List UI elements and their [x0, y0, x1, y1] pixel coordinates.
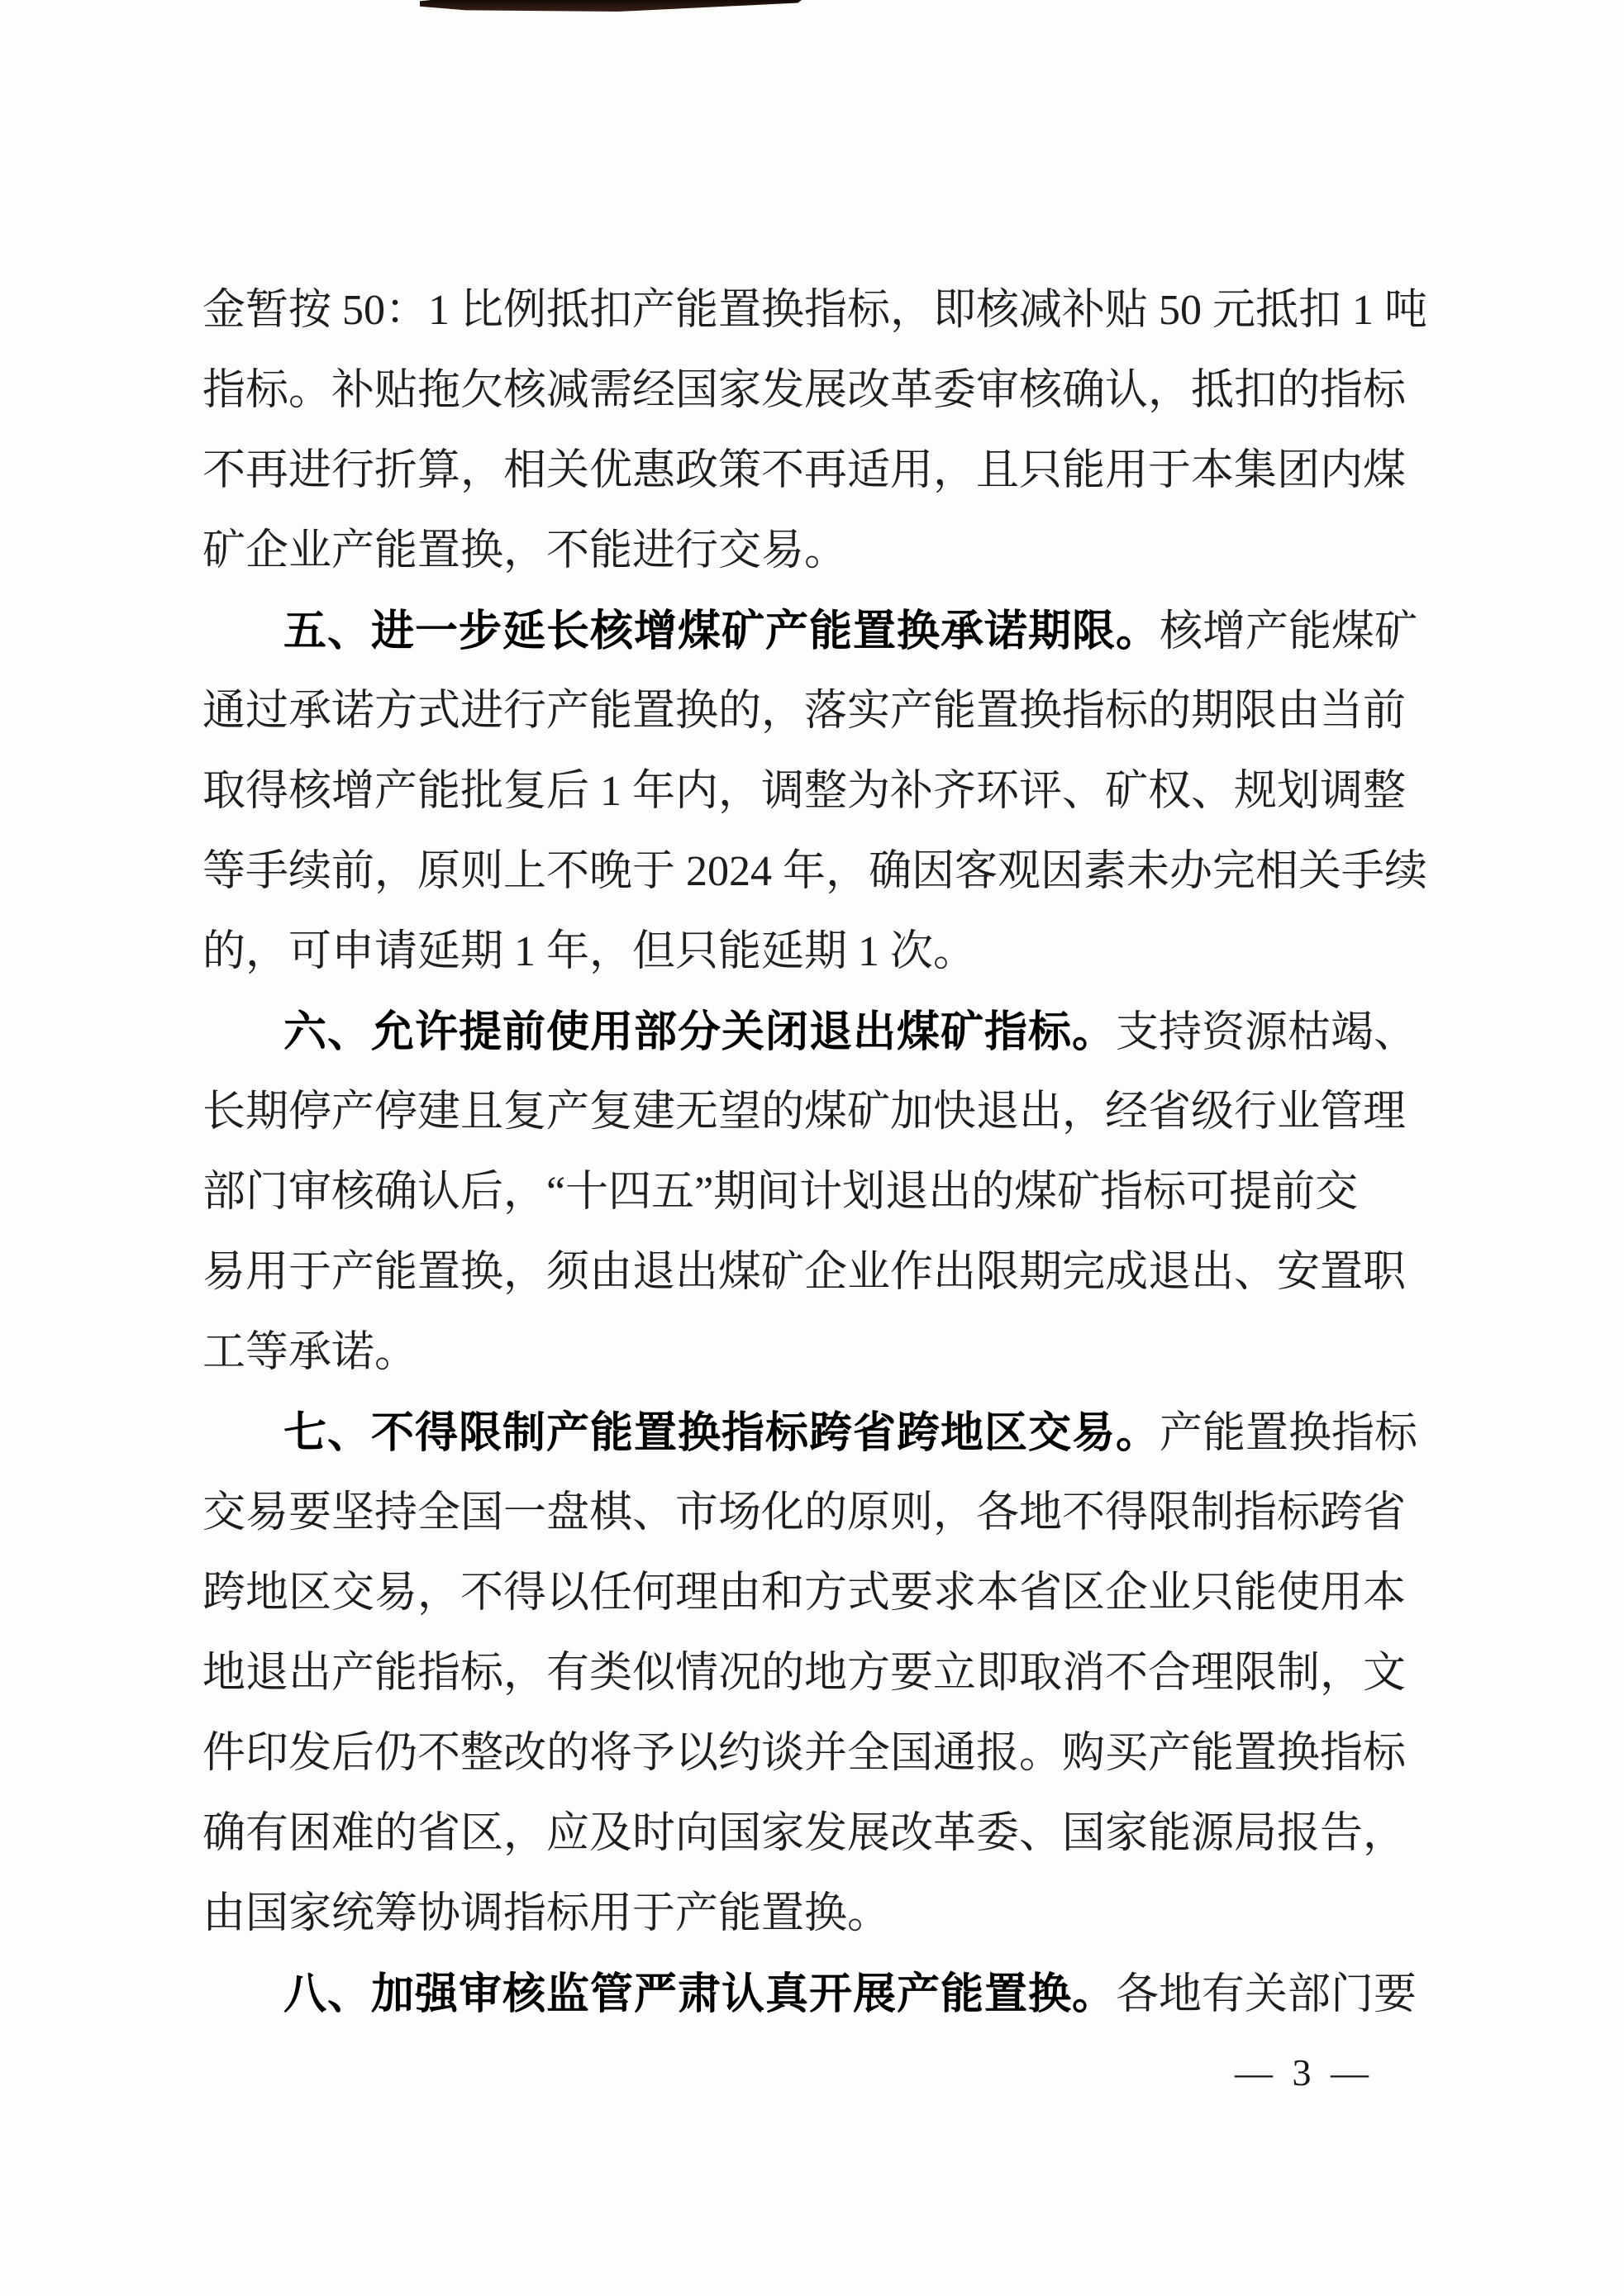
document-line: 的，可申请延期 1 年，但只能延期 1 次。 [202, 926, 1401, 979]
body-text: 核增产能煤矿 [1160, 608, 1417, 655]
page-number: — 3 — [1222, 2048, 1387, 2098]
body-text: 件印发后仍不整改的将予以约谈并全国通报。购买产能置换指标 [202, 1730, 1406, 1777]
document-line: 交易要坚持全国一盘棋、市场化的原则，各地不得限制指标跨省 [202, 1487, 1401, 1540]
body-text: 确有困难的省区，应及时向国家发展改革委、国家能源局报告， [202, 1810, 1406, 1857]
document-line: 等手续前，原则上不晚于 2024 年，确因客观因素未办完相关手续 [202, 846, 1401, 898]
document-line: 工等承诺。 [202, 1327, 1401, 1379]
body-text: 的，可申请延期 1 年，但只能延期 1 次。 [202, 928, 976, 975]
body-text: 跨地区交易，不得以任何理由和方式要求本省区企业只能使用本 [202, 1570, 1406, 1617]
document-line: 确有困难的省区，应及时向国家发展改革委、国家能源局报告， [202, 1808, 1401, 1860]
section-heading-text: 八、加强审核监管严肃认真开展产能置换。 [283, 1970, 1116, 2018]
body-text: 工等承诺。 [202, 1329, 417, 1376]
section-heading-text: 五、进一步延长核增煤矿产能置换承诺期限。 [283, 607, 1160, 655]
document-line: 长期停产停建且复产复建无望的煤矿加快退出，经省级行业管理 [202, 1086, 1401, 1139]
document-line: 指标。补贴拖欠核减需经国家发展改革委审核确认，抵扣的指标 [202, 364, 1401, 417]
document-line-section-6: 六、允许提前使用部分关闭退出煤矿指标。支持资源枯竭、 [283, 1006, 1401, 1059]
document-line: 地退出产能指标，有类似情况的地方要立即取消不合理限制，文 [202, 1647, 1401, 1700]
body-text: 易用于产能置换，须由退出煤矿企业作出限期完成退出、安置职 [202, 1249, 1406, 1296]
document-line: 由国家统筹协调指标用于产能置换。 [202, 1888, 1401, 1941]
document-line: 不再进行折算，相关优惠政策不再适用，且只能用于本集团内煤 [202, 445, 1401, 498]
document-line: 取得核增产能批复后 1 年内，调整为补齐环评、矿权、规划调整 [202, 765, 1401, 818]
document-line-section-5: 五、进一步延长核增煤矿产能置换承诺期限。核增产能煤矿 [283, 605, 1401, 658]
document-line: 部门审核确认后，“十四五”期间计划退出的煤矿指标可提前交 [202, 1166, 1401, 1219]
body-text: 指标。补贴拖欠核减需经国家发展改革委审核确认，抵扣的指标 [202, 367, 1406, 414]
document-line-section-7: 七、不得限制产能置换指标跨省跨地区交易。产能置换指标 [283, 1407, 1401, 1460]
document-line-section-8: 八、加强审核监管严肃认真开展产能置换。各地有关部门要 [283, 1968, 1401, 2021]
document-line: 通过承诺方式进行产能置换的，落实产能置换指标的期限由当前 [202, 685, 1401, 738]
section-heading-text: 七、不得限制产能置换指标跨省跨地区交易。 [283, 1409, 1160, 1457]
body-text: 由国家统筹协调指标用于产能置换。 [202, 1890, 890, 1937]
scanned-document-page: 金暂按 50：1 比例抵扣产能置换指标，即核减补贴 50 元抵扣 1 吨 指标。… [0, 0, 1624, 2296]
body-text: 等手续前，原则上不晚于 2024 年，确因客观因素未办完相关手续 [202, 848, 1427, 895]
document-line: 金暂按 50：1 比例抵扣产能置换指标，即核减补贴 50 元抵扣 1 吨 [202, 284, 1401, 337]
body-text: 交易要坚持全国一盘棋、市场化的原则，各地不得限制指标跨省 [202, 1489, 1406, 1536]
body-text: 产能置换指标 [1160, 1410, 1417, 1457]
document-line: 易用于产能置换，须由退出煤矿企业作出限期完成退出、安置职 [202, 1246, 1401, 1299]
body-text: 通过承诺方式进行产能置换的，落实产能置换指标的期限由当前 [202, 688, 1406, 735]
section-heading-text: 六、允许提前使用部分关闭退出煤矿指标。 [283, 1008, 1116, 1056]
body-text: 支持资源枯竭、 [1116, 1009, 1417, 1056]
body-text: 长期停产停建且复产复建无望的煤矿加快退出，经省级行业管理 [202, 1088, 1406, 1136]
body-text: 取得核增产能批复后 1 年内，调整为补齐环评、矿权、规划调整 [202, 768, 1406, 815]
scan-smudge-artifact [420, 0, 802, 12]
body-text: 金暂按 50：1 比例抵扣产能置换指标，即核减补贴 50 元抵扣 1 吨 [202, 287, 1427, 334]
body-text: 部门审核确认后，“十四五”期间计划退出的煤矿指标可提前交 [202, 1169, 1358, 1216]
body-text: 地退出产能指标，有类似情况的地方要立即取消不合理限制，文 [202, 1650, 1406, 1697]
document-line: 矿企业产能置换，不能进行交易。 [202, 525, 1401, 578]
body-text: 矿企业产能置换，不能进行交易。 [202, 527, 847, 574]
body-text: 各地有关部门要 [1116, 1971, 1417, 2018]
document-line: 跨地区交易，不得以任何理由和方式要求本省区企业只能使用本 [202, 1567, 1401, 1620]
body-text: 不再进行折算，相关优惠政策不再适用，且只能用于本集团内煤 [202, 447, 1406, 494]
document-line: 件印发后仍不整改的将予以约谈并全国通报。购买产能置换指标 [202, 1727, 1401, 1780]
